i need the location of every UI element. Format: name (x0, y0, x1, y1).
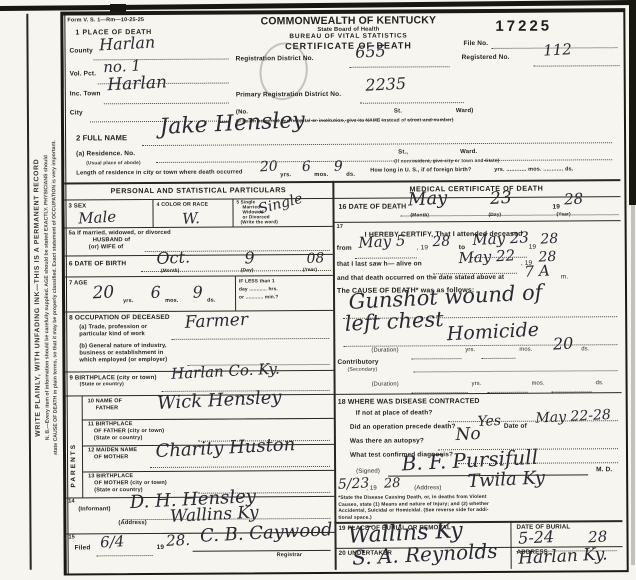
form-number: Form V. S. 1—Rm—10-25-25 (67, 18, 144, 24)
last-saw-label: that I last saw h— alive on (337, 261, 422, 268)
occupation-a-line (171, 332, 329, 340)
if-not-label: If not at place of death? (356, 410, 433, 417)
length-yrs-value: 20 (260, 159, 279, 174)
residence-ward-label: Ward. (460, 149, 477, 155)
ifless-label-1: IF LESS than 1 (239, 279, 275, 284)
inc-town-value: Harlan (107, 74, 167, 94)
mother-name-label-2: OF MOTHER (94, 455, 128, 461)
rule (333, 220, 621, 223)
attended-from-date: May 5 (358, 233, 406, 250)
autopsy-answer: No (455, 426, 481, 444)
filed-number: 15 (68, 535, 74, 541)
occupation-label: 8 OCCUPATION OF DECEASED (69, 315, 170, 322)
burial-cell-divider (510, 521, 511, 569)
filed-year-value: 28. (166, 533, 191, 549)
primary-district-label: Primary Registration District No. (236, 92, 341, 99)
dob-month-hint: (Month) (161, 269, 180, 274)
city-st-label: St. (394, 108, 402, 114)
certify-number: 17 (337, 225, 343, 231)
rule (334, 392, 622, 395)
autopsy-label: Was there an autopsy? (350, 438, 424, 445)
duration-label: (Duration) (371, 348, 398, 354)
occupation-b-label-3: which employed (or employer) (79, 357, 167, 364)
race-label: 4 COLOR OR RACE (156, 203, 208, 209)
vol-pct-value: no. 1 (103, 58, 141, 75)
occupation-value: Farmer (184, 312, 248, 332)
scanned-death-certificate: WRITE PLAINLY, WITH UNFADING INK—THIS IS… (0, 0, 636, 580)
length-yrs-label: yrs. (280, 172, 291, 178)
attended-from-label: from (337, 246, 352, 253)
cell-divider (152, 200, 153, 227)
cause-line-2: left chest (344, 309, 444, 335)
filed-line (97, 549, 153, 556)
mother-name-label-1: 12 MAIDEN NAME (88, 448, 137, 454)
attended-to-year-pre: 19 (529, 245, 537, 252)
residence-st-label: St., (398, 149, 408, 155)
age-ds-value: 9 (192, 284, 203, 300)
last-saw-date: May 22 (458, 248, 515, 266)
rule (64, 196, 620, 200)
county-value: Harlan (99, 35, 156, 54)
registrar-line (193, 550, 331, 552)
rule (65, 275, 333, 278)
cause-rule-2 (343, 338, 617, 347)
filed-date-value: 6/4 (100, 534, 125, 550)
rule (82, 418, 334, 421)
operation-date-value: May 22-28 (535, 408, 611, 426)
margin-notes: WRITE PLAINLY, WITH UNFADING INK—THIS IS… (32, 24, 59, 572)
column-divider (332, 181, 336, 570)
inc-town-line (104, 97, 229, 105)
city-label: City (70, 110, 83, 117)
registered-no-value: 112 (543, 42, 572, 58)
ifless-label-2: day ............ hrs. (239, 287, 278, 292)
footnote-line-1: *State the Disease Causing Death, or, in… (338, 495, 486, 501)
footnote-line-3: Accidental, Suicidal or Homicidal. (See … (338, 508, 488, 514)
page-left-rule (26, 14, 31, 570)
dod-year-value: 28 (564, 192, 584, 208)
signature-address-label: (Address) (414, 485, 441, 491)
footnote-line-2: Causes, state (1) Means and nature of In… (338, 501, 489, 507)
residence-label: (a) Residence. No. (76, 151, 135, 158)
father-name-value: Wick Hensley (157, 389, 282, 413)
filed-label: Filed (75, 545, 91, 552)
age-yrs-label: yrs. (123, 299, 133, 305)
length-residence-label: Length of residence in city or town wher… (76, 169, 242, 176)
signature-date-value: 5/23 (338, 476, 370, 492)
occupation-b-label-1: (b) General nature of industry, (79, 343, 166, 350)
signature-year-pre: , 19 (366, 486, 377, 492)
duration-ds-label: ds. (581, 346, 589, 352)
length-ds-label: ds. (346, 172, 355, 178)
registered-no-label: Registered No. (462, 55, 510, 62)
full-name-label: 2 FULL NAME (76, 134, 127, 142)
undertaker-value: S. A. Reynolds (352, 541, 498, 568)
registered-no-line (534, 59, 620, 67)
father-name-label-2: FATHER (96, 406, 119, 412)
title-certificate: CERTIFICATE OF DEATH (223, 41, 473, 52)
rule (82, 470, 334, 473)
signed-label: (Signed) (356, 469, 380, 475)
attended-to-year: 28 (540, 232, 559, 247)
city-ward-label: Ward) (456, 108, 474, 114)
page: WRITE PLAINLY, WITH UNFADING INK—THIS IS… (0, 0, 636, 580)
duration2-mos-label: mos. (532, 381, 545, 387)
attended-line-1 (355, 251, 417, 258)
attended-to-date: May 23 (472, 230, 529, 248)
rule (65, 254, 333, 257)
dod-day-hint: (Day) (489, 213, 502, 218)
age-label: 7 AGE (69, 280, 88, 286)
dod-month-value: May (408, 190, 448, 210)
nonresident-hint: (If nonresident, give city or town and S… (394, 159, 499, 165)
registration-district-label: Registration District No. (236, 56, 314, 63)
duration-ds-value: 20 (553, 336, 574, 353)
death-time-value: 7 A (524, 264, 550, 280)
age-mos-label: mos. (165, 299, 178, 305)
howlong-units: yrs. ............ mos. ............ ds. (494, 167, 573, 173)
filed-year-pre: 19 (157, 545, 165, 552)
dod-month-hint: (Month) (411, 213, 430, 218)
county-label: County (70, 48, 93, 55)
birthplace-hint: (State or country) (80, 382, 124, 388)
death-time-m-label: m. (561, 274, 569, 281)
contributory-line (413, 364, 617, 372)
cell-divider (235, 276, 236, 311)
length-mos-value: 6 (302, 160, 312, 174)
registration-district-value: 655 (355, 43, 386, 60)
burial-year-value: 28 (588, 529, 608, 545)
duration2-label: (Duration) (372, 382, 399, 388)
operation-label: Did an operation precede death? (350, 424, 456, 431)
undertaker-address-value: Harlan Ky. (518, 546, 608, 567)
date-of-death-label: 16 DATE OF DEATH (338, 203, 406, 211)
dod-line (401, 208, 619, 216)
dod-year-hint: (Year) (557, 212, 571, 217)
death-occurred-label: and that death occurred on the date stat… (337, 275, 504, 283)
vol-pct-label: Vol. Pct. (70, 71, 97, 78)
abode-hint: (Usual place of abode) (86, 161, 141, 166)
husband-label-3: (or) WIFE of (89, 244, 124, 250)
operation-answer: Yes (477, 414, 501, 429)
length-ds-value: 9 (334, 159, 344, 173)
ifless-label-3: or ............ min.? (239, 295, 278, 300)
dob-day-hint: (Day) (241, 268, 254, 273)
occupation-a-label-1: (a) Trade, profession or (79, 324, 147, 330)
secondary-label: (Secondary) (347, 368, 377, 374)
marital-value: Single (257, 192, 304, 217)
registration-district-line (350, 60, 450, 68)
birthplace-value: Harlan Co. Ky. (171, 362, 280, 382)
informant-label: (Informant) (78, 506, 110, 512)
marital-write-hint: (Write the word) (241, 220, 278, 225)
file-number-label: File No. (463, 41, 488, 48)
attended-from-year: 28 (432, 234, 451, 249)
registrar-signature: C. B. Caywood (200, 521, 333, 546)
parents-label: PARENTS (71, 443, 78, 488)
occupation-b-label-2: business or establishment in (79, 350, 163, 357)
file-number: 17225 (495, 19, 552, 35)
dob-year-hint: (Year) (303, 268, 317, 273)
occupation-a-label-2: particular kind of work (79, 331, 145, 337)
duration-line-1 (411, 352, 461, 359)
primary-district-value: 2235 (365, 76, 406, 94)
age-mos-value: 6 (150, 285, 161, 301)
cell-divider (232, 200, 233, 227)
inc-town-label: Inc. Town (70, 91, 101, 98)
howlong-label: How long in U. S., if of foreign birth? (370, 168, 471, 174)
sex-value: Male (78, 210, 117, 227)
margin-note-2: state CAUSE OF DEATH in plain terms, so … (50, 24, 59, 572)
mother-name-value: Charity Huston (155, 436, 296, 461)
informant-number: 14 (68, 499, 74, 505)
husband-label-1: 5a If married, widowed, or divorced (69, 230, 171, 237)
footnote-line-4: tional space.) (338, 515, 371, 520)
registrar-label: Registrar (277, 553, 303, 559)
physician-address-value: Twila Ky (467, 469, 545, 491)
informant-address-label: (Address) (118, 520, 146, 526)
md-label: M. D. (596, 467, 612, 474)
duration2-yrs-label: yrs. (472, 381, 482, 387)
margin-bold-note: WRITE PLAINLY, WITH UNFADING INK—THIS IS… (32, 24, 42, 572)
duration-line-2 (481, 352, 515, 359)
contributory-label: Contributory (337, 360, 378, 367)
dob-label: 6 DATE OF BIRTH (69, 261, 126, 268)
dod-day-value: 23 (490, 190, 512, 208)
mother-name-line (150, 460, 330, 468)
duration-mos-label: mos. (519, 347, 532, 353)
husband-label-2: HUSBAND of (93, 237, 131, 243)
age-yrs-value: 20 (92, 284, 114, 302)
rule (65, 226, 333, 229)
full-name-line (142, 136, 612, 146)
race-value: W. (182, 211, 200, 227)
father-birthplace-label-3: (State or country) (94, 436, 143, 442)
where-contracted-label: 18 WHERE WAS DISEASE CONTRACTED (338, 398, 480, 406)
certificate-body: Form V. S. 1—Rm—10-25-25 1 PLACE OF DEAT… (60, 8, 628, 575)
length-mos-label: mos. (314, 172, 328, 178)
age-ds-label: ds. (207, 299, 215, 305)
attended-from-year-pre: , 19 (417, 245, 428, 252)
full-name-value: Jake Hensley (159, 110, 305, 139)
duration-yrs-label: yrs. (465, 347, 475, 353)
residence-ward-line (484, 153, 612, 161)
signature-year-value: 28 (384, 477, 401, 491)
primary-district-line (360, 96, 464, 104)
date-of-label: Date of (504, 424, 527, 431)
duration2-ds-label: ds. (596, 380, 604, 386)
